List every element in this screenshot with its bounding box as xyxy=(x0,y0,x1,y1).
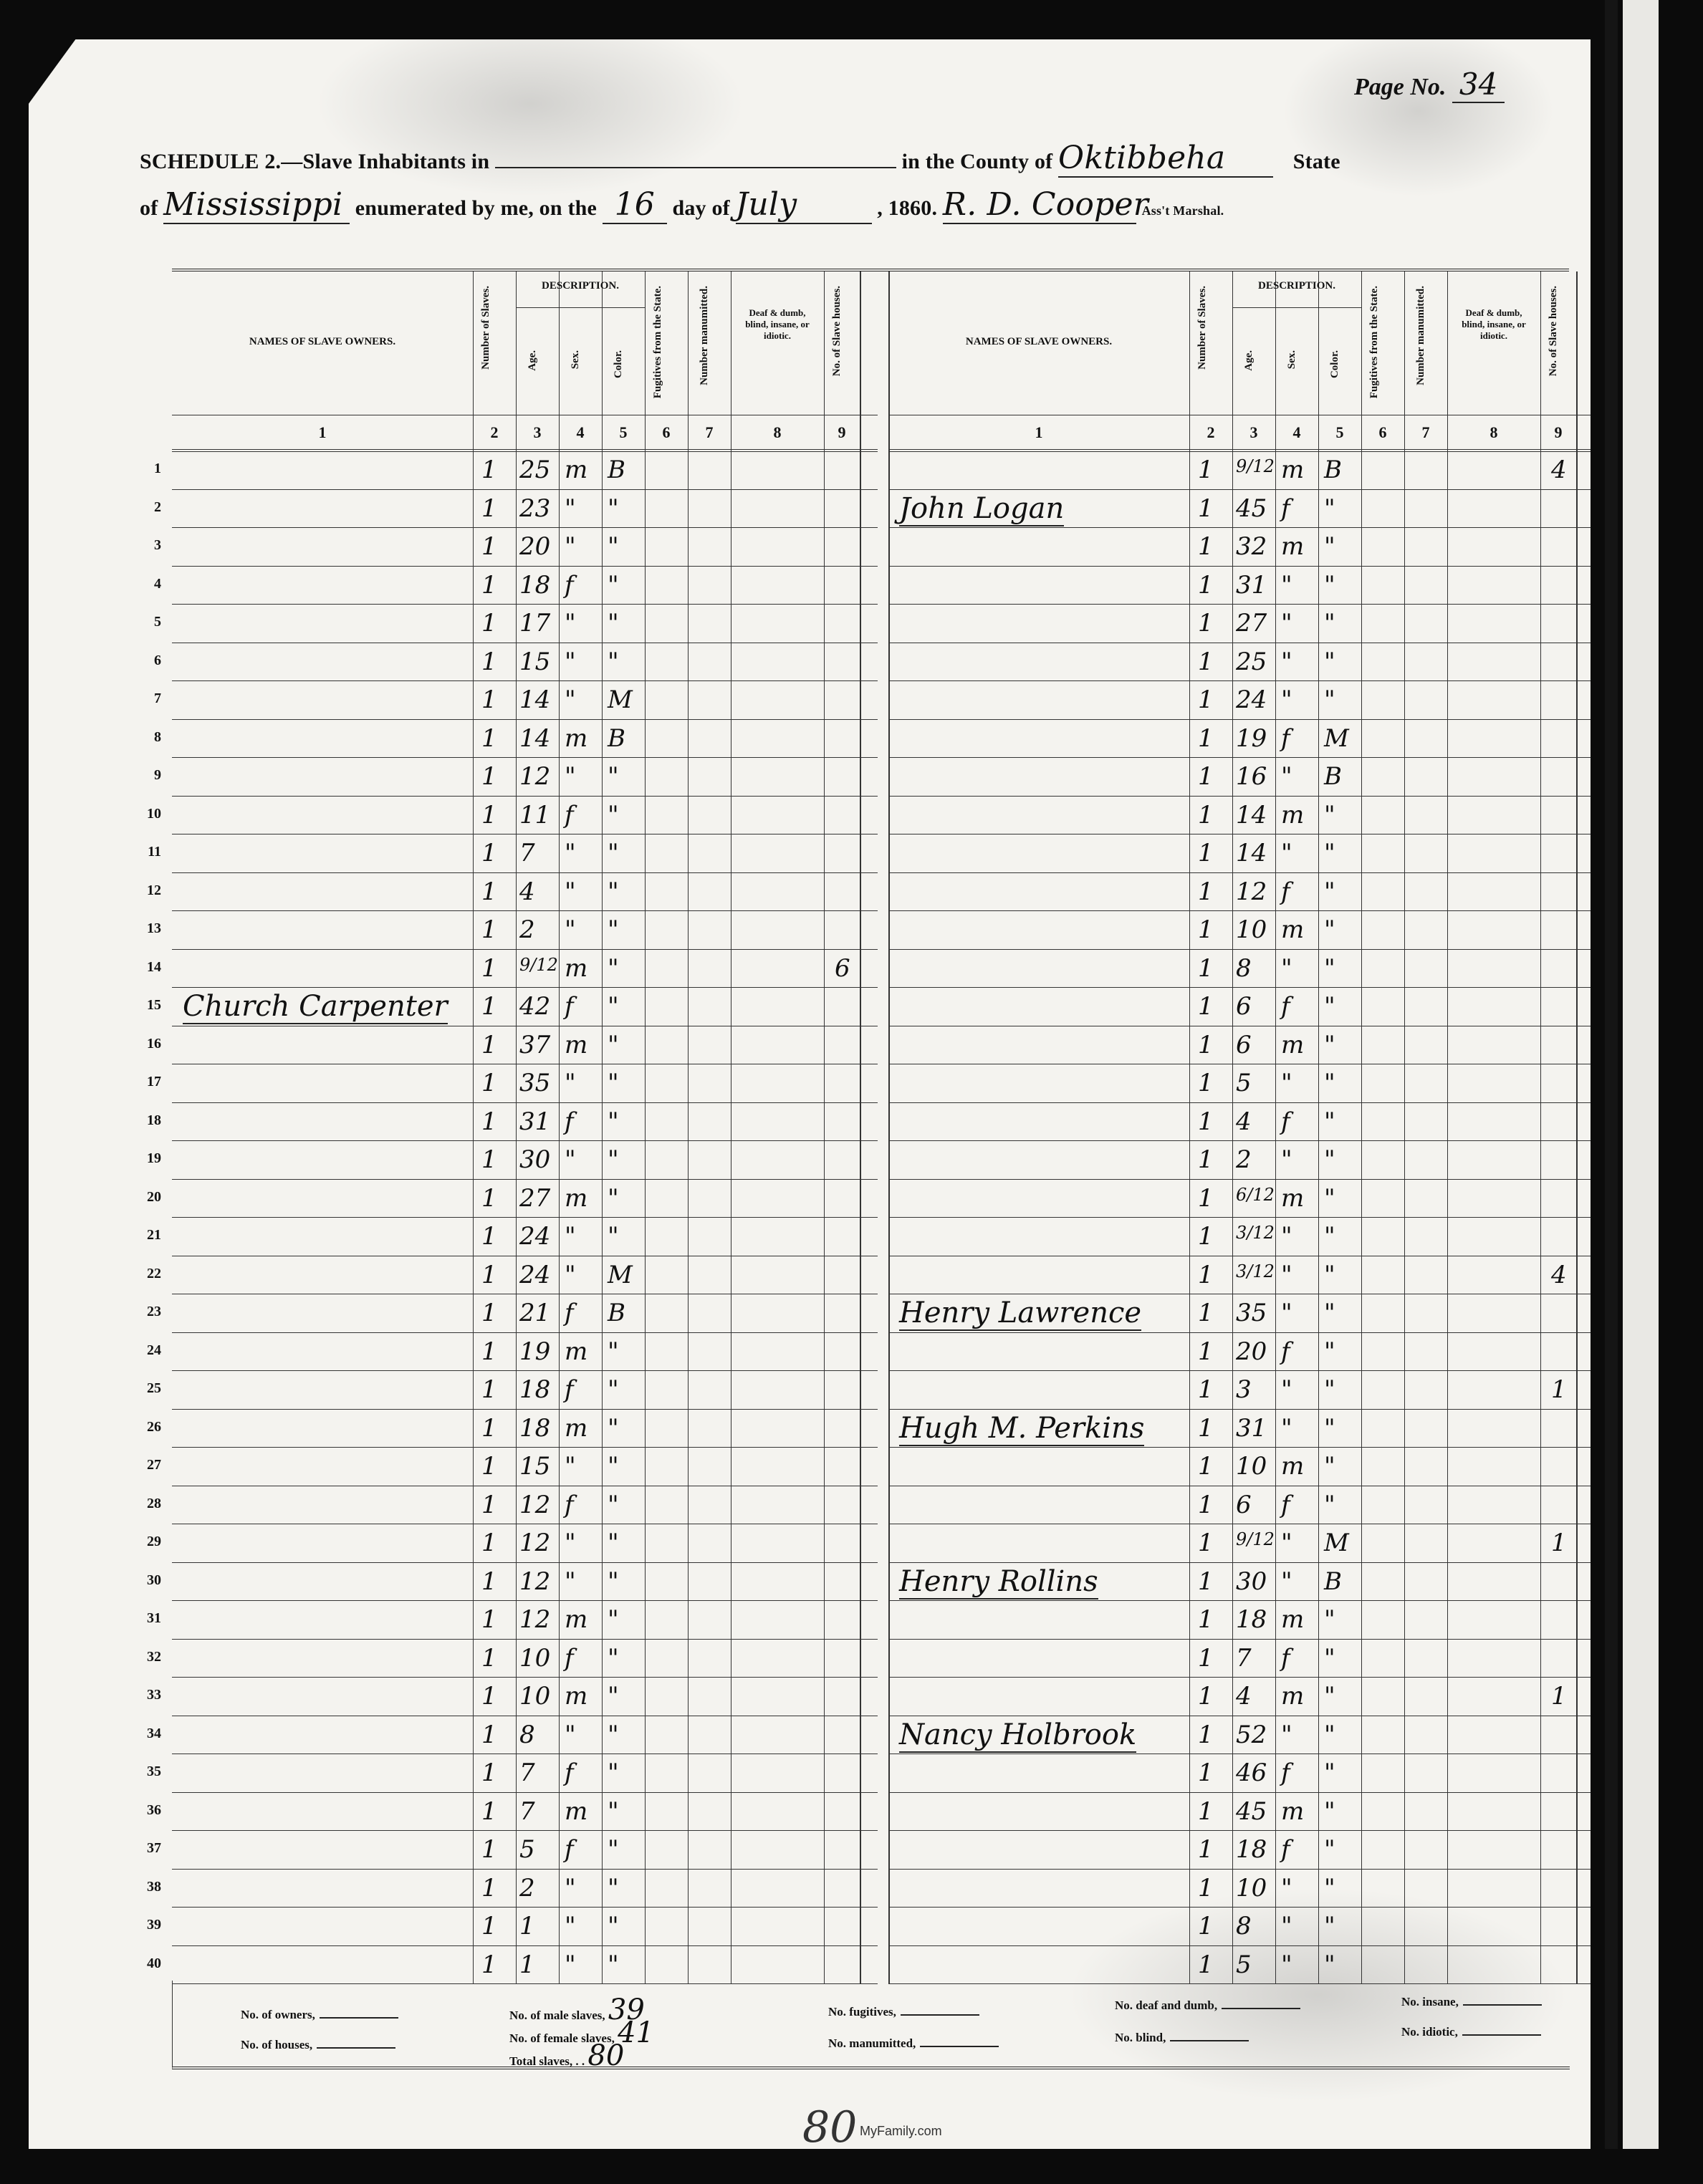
owner-name: Henry Lawrence xyxy=(899,1297,1141,1331)
color-cell: " xyxy=(1324,1684,1335,1708)
manumitted-label: No. manumitted, xyxy=(828,2036,916,2050)
sex-header: Sex. xyxy=(1286,350,1298,369)
blind-label: No. blind, xyxy=(1115,2031,1166,2044)
color-cell: " xyxy=(608,534,619,559)
row-rule xyxy=(888,1600,1594,1601)
sex-cell: " xyxy=(565,688,576,712)
sex-cell: " xyxy=(1281,841,1292,865)
line-number: 15 xyxy=(133,997,161,1014)
number-cell: 1 xyxy=(481,1339,497,1364)
row-rule xyxy=(172,834,878,834)
color-cell: " xyxy=(1324,841,1335,865)
number-cell: 1 xyxy=(1198,1186,1214,1211)
color-cell: " xyxy=(1324,1837,1335,1862)
row-rule xyxy=(172,1447,878,1448)
houses-summary: No. of houses, xyxy=(241,2038,395,2052)
age-cell: 20 xyxy=(519,534,550,559)
number-cell: 1 xyxy=(1198,1071,1214,1095)
manumitted-field xyxy=(920,2046,999,2047)
color-cell: " xyxy=(608,1071,619,1095)
number-cell: 1 xyxy=(481,1799,497,1824)
row-rule xyxy=(888,566,1594,567)
row-rule xyxy=(172,1600,878,1601)
number-cell: 1 xyxy=(481,534,497,559)
fugitives-header: Fugitives from the State. xyxy=(652,286,664,398)
color-cell: M xyxy=(1324,1531,1349,1555)
manumitted-header: Number manumitted. xyxy=(1415,286,1427,385)
age-cell: 25 xyxy=(1236,650,1267,674)
color-cell: " xyxy=(608,1914,619,1938)
age-cell: 27 xyxy=(1236,611,1267,635)
line-number: 37 xyxy=(133,1840,161,1857)
number-cell: 1 xyxy=(1198,573,1214,597)
color-cell: B xyxy=(1324,458,1342,482)
age-cell: 3/12 xyxy=(1236,1224,1275,1241)
column-rule xyxy=(602,271,603,1983)
houses-field xyxy=(317,2047,395,2049)
sex-cell: " xyxy=(565,1914,576,1938)
column-rule xyxy=(731,271,731,1983)
fugitives-header: Fugitives from the State. xyxy=(1368,286,1381,398)
sex-cell: " xyxy=(1281,611,1292,635)
number-cell: 1 xyxy=(1198,1914,1214,1938)
color-cell: " xyxy=(608,1493,619,1517)
number-cell: 1 xyxy=(1198,1301,1214,1325)
color-cell: " xyxy=(1324,918,1335,942)
sex-cell: f xyxy=(565,1493,574,1517)
number-cell: 1 xyxy=(481,1837,497,1862)
line-number: 5 xyxy=(133,614,161,630)
column-rule xyxy=(860,271,861,1983)
fugitives-label: No. fugitives, xyxy=(828,2005,896,2019)
of-label: of xyxy=(140,196,158,220)
sex-cell: " xyxy=(565,1569,576,1594)
age-cell: 37 xyxy=(519,1033,550,1057)
line-number: 33 xyxy=(133,1687,161,1703)
color-cell: " xyxy=(1324,1110,1335,1134)
row-rule xyxy=(172,1830,878,1831)
age-cell: 6/12 xyxy=(1236,1186,1275,1203)
line-number: 20 xyxy=(133,1189,161,1206)
column-number: 8 xyxy=(767,423,788,442)
row-rule xyxy=(888,1754,1594,1754)
age-cell: 6 xyxy=(1236,1493,1252,1517)
column-number: 6 xyxy=(1372,423,1393,442)
sex-cell: " xyxy=(565,650,576,674)
number-cell: 1 xyxy=(1198,1377,1214,1402)
age-cell: 1 xyxy=(519,1914,535,1938)
sex-cell: m xyxy=(1281,1033,1304,1057)
color-cell: " xyxy=(1324,1914,1335,1938)
sex-cell: m xyxy=(1281,534,1304,559)
summary-footer: No. of owners, No. of houses, No. of mal… xyxy=(172,1981,1570,2069)
age-cell: 7 xyxy=(519,1761,535,1785)
color-cell: " xyxy=(608,1416,619,1440)
row-rule xyxy=(172,604,878,605)
age-cell: 12 xyxy=(519,1493,550,1517)
number-cell: 1 xyxy=(481,764,497,789)
age-cell: 14 xyxy=(1236,803,1267,827)
sex-cell: " xyxy=(565,1953,576,1977)
sex-cell: f xyxy=(1281,1837,1290,1862)
age-cell: 31 xyxy=(519,1110,550,1134)
sex-cell: " xyxy=(1281,956,1292,981)
color-cell: " xyxy=(1324,1301,1335,1325)
color-cell: " xyxy=(1324,1799,1335,1824)
column-number: 4 xyxy=(570,423,591,442)
age-cell: 7 xyxy=(519,841,535,865)
sex-cell: " xyxy=(1281,1953,1292,1977)
sex-cell: f xyxy=(565,1110,574,1134)
houses-label: No. of houses, xyxy=(241,2038,312,2051)
sex-cell: " xyxy=(1281,1224,1292,1249)
age-cell: 30 xyxy=(1236,1569,1267,1594)
sex-cell: f xyxy=(565,1646,574,1670)
blank-field xyxy=(495,167,896,168)
sex-cell: " xyxy=(565,1454,576,1478)
column-number: 1 xyxy=(312,423,333,442)
number-cell: 1 xyxy=(1198,764,1214,789)
sex-cell: f xyxy=(1281,1493,1290,1517)
age-cell: 31 xyxy=(1236,573,1267,597)
deaf-label: No. deaf and dumb, xyxy=(1115,1998,1217,2012)
color-cell: " xyxy=(1324,1876,1335,1900)
state-label: State xyxy=(1293,150,1340,173)
column-rule xyxy=(1189,271,1190,1983)
disabled-header: Deaf & dumb, blind, insane, or idiotic. xyxy=(738,307,817,342)
age-cell: 18 xyxy=(519,1416,550,1440)
row-rule xyxy=(172,1332,878,1333)
number-cell: 1 xyxy=(1198,1876,1214,1900)
age-cell: 12 xyxy=(519,1607,550,1632)
row-rule xyxy=(888,527,1594,528)
age-cell: 19 xyxy=(519,1339,550,1364)
color-cell: " xyxy=(1324,994,1335,1019)
row-rule xyxy=(172,1677,878,1678)
age-cell: 6 xyxy=(1236,1033,1252,1057)
number-cell: 1 xyxy=(481,1761,497,1785)
schedule-table: NAMES OF SLAVE OWNERS.DESCRIPTION.Number… xyxy=(172,269,1569,1983)
number-cell: 1 xyxy=(481,1377,497,1402)
houses-cell: 4 xyxy=(1551,1263,1567,1287)
row-rule xyxy=(888,1409,1594,1410)
total-label: Total slaves, . . xyxy=(509,2054,585,2068)
age-cell: 4 xyxy=(1236,1684,1252,1708)
age-header: Age. xyxy=(527,350,539,371)
state-value: Mississippi xyxy=(163,186,350,224)
color-cell: " xyxy=(608,994,619,1019)
age-cell: 3 xyxy=(1236,1377,1252,1402)
sex-cell: f xyxy=(565,1377,574,1402)
color-cell: M xyxy=(608,688,633,712)
row-rule xyxy=(888,1907,1594,1908)
color-cell: " xyxy=(1324,1224,1335,1249)
county-label: in the County of xyxy=(902,150,1053,173)
color-cell: " xyxy=(608,496,619,521)
age-cell: 20 xyxy=(1236,1339,1267,1364)
row-rule xyxy=(888,987,1594,988)
schedule-header-line-1: SCHEDULE 2.—Slave Inhabitants in in the … xyxy=(140,140,1340,178)
number-cell: 1 xyxy=(1198,1531,1214,1555)
number-cell: 1 xyxy=(481,803,497,827)
number-cell: 1 xyxy=(481,650,497,674)
column-number: 2 xyxy=(484,423,505,442)
line-number: 31 xyxy=(133,1610,161,1627)
line-number: 14 xyxy=(133,959,161,976)
description-header: DESCRIPTION. xyxy=(1232,280,1361,292)
age-cell: 9/12 xyxy=(1236,1531,1275,1548)
blind-field xyxy=(1170,2040,1249,2041)
number-cell: 1 xyxy=(481,1607,497,1632)
sex-cell: " xyxy=(565,880,576,904)
number-cell: 1 xyxy=(481,1071,497,1095)
column-number: 7 xyxy=(1415,423,1436,442)
line-number: 39 xyxy=(133,1917,161,1933)
column-number: 4 xyxy=(1286,423,1308,442)
sex-cell: " xyxy=(1281,1071,1292,1095)
line-number: 16 xyxy=(133,1036,161,1052)
color-cell: M xyxy=(1324,726,1349,751)
number-cell: 1 xyxy=(1198,918,1214,942)
number-cell: 1 xyxy=(481,688,497,712)
color-cell: " xyxy=(608,1224,619,1249)
sex-cell: " xyxy=(565,1263,576,1287)
number-cell: 1 xyxy=(1198,726,1214,751)
row-rule xyxy=(888,643,1594,643)
column-number: 3 xyxy=(527,423,548,442)
age-cell: 42 xyxy=(519,994,550,1019)
total-summary: Total slaves, . . 80 xyxy=(509,2039,624,2072)
sex-cell: m xyxy=(565,1684,587,1708)
color-cell: " xyxy=(608,1684,619,1708)
sex-cell: f xyxy=(565,573,574,597)
age-cell: 15 xyxy=(519,1454,550,1478)
sex-cell: f xyxy=(565,803,574,827)
number-cell: 1 xyxy=(1198,496,1214,521)
number-cell: 1 xyxy=(481,1110,497,1134)
age-cell: 9/12 xyxy=(1236,458,1275,475)
age-cell: 10 xyxy=(519,1684,550,1708)
row-rule xyxy=(888,1370,1594,1371)
number-cell: 1 xyxy=(481,1493,497,1517)
line-number: 2 xyxy=(133,499,161,516)
color-cell: " xyxy=(608,1723,619,1747)
sex-cell: f xyxy=(1281,1110,1290,1134)
age-cell: 7 xyxy=(519,1799,535,1824)
number-cell: 1 xyxy=(1198,1953,1214,1977)
color-cell: " xyxy=(608,1569,619,1594)
column-rule xyxy=(473,271,474,1983)
color-cell: " xyxy=(608,918,619,942)
age-cell: 27 xyxy=(519,1186,550,1211)
row-rule xyxy=(888,719,1594,720)
sex-cell: m xyxy=(1281,803,1304,827)
color-cell: " xyxy=(608,1876,619,1900)
age-cell: 32 xyxy=(1236,534,1267,559)
number-cell: 1 xyxy=(481,1416,497,1440)
owner-name: Hugh M. Perkins xyxy=(899,1412,1144,1446)
number-cell: 1 xyxy=(1198,1607,1214,1632)
enumerated-label: enumerated by me, on the xyxy=(355,196,597,220)
row-rule xyxy=(888,1524,1594,1524)
color-cell: " xyxy=(608,880,619,904)
row-rule xyxy=(172,1217,878,1218)
number-cell: 1 xyxy=(1198,880,1214,904)
column-rule xyxy=(1404,271,1405,1983)
color-cell: " xyxy=(1324,1493,1335,1517)
sex-cell: m xyxy=(1281,918,1304,942)
row-rule xyxy=(172,489,878,490)
sex-cell: " xyxy=(1281,1531,1292,1555)
sex-cell: " xyxy=(1281,1914,1292,1938)
number-header: Number of Slaves. xyxy=(1196,286,1209,370)
county-value: Oktibbeha xyxy=(1058,140,1273,178)
houses-cell: 4 xyxy=(1551,458,1567,482)
number-cell: 1 xyxy=(1198,1761,1214,1785)
number-cell: 1 xyxy=(481,994,497,1019)
column-number: 5 xyxy=(1329,423,1351,442)
age-cell: 2 xyxy=(519,1876,535,1900)
color-cell: B xyxy=(608,1301,625,1325)
age-cell: 46 xyxy=(1236,1761,1267,1785)
age-cell: 8 xyxy=(1236,956,1252,981)
age-cell: 18 xyxy=(1236,1837,1267,1862)
color-cell: " xyxy=(1324,496,1335,521)
sex-header: Sex. xyxy=(570,350,582,369)
header-rule xyxy=(888,415,1594,415)
row-rule xyxy=(888,1256,1594,1256)
month-value: July xyxy=(736,186,872,224)
sex-cell: m xyxy=(565,726,587,751)
row-rule xyxy=(172,910,878,911)
age-cell: 19 xyxy=(1236,726,1267,751)
color-cell: " xyxy=(1324,1646,1335,1670)
sex-cell: m xyxy=(565,458,587,482)
age-cell: 10 xyxy=(1236,1876,1267,1900)
number-cell: 1 xyxy=(1198,956,1214,981)
column-rule xyxy=(688,271,689,1983)
row-rule xyxy=(888,680,1594,681)
number-cell: 1 xyxy=(481,1914,497,1938)
sex-cell: f xyxy=(1281,726,1290,751)
number-header: Number of Slaves. xyxy=(480,286,492,370)
line-number: 21 xyxy=(133,1227,161,1243)
number-cell: 1 xyxy=(1198,1837,1214,1862)
age-cell: 6 xyxy=(1236,994,1252,1019)
color-cell: " xyxy=(1324,1723,1335,1747)
sex-cell: f xyxy=(1281,994,1290,1019)
header-rule xyxy=(172,449,878,452)
color-cell: " xyxy=(1324,573,1335,597)
color-cell: " xyxy=(608,1531,619,1555)
sex-cell: m xyxy=(1281,1799,1304,1824)
color-cell: " xyxy=(608,764,619,789)
row-rule xyxy=(888,489,1594,490)
houses-cell: 6 xyxy=(835,956,850,981)
line-number: 18 xyxy=(133,1112,161,1129)
age-cell: 45 xyxy=(1236,1799,1267,1824)
number-cell: 1 xyxy=(1198,1416,1214,1440)
row-rule xyxy=(888,1294,1594,1294)
column-rule xyxy=(824,271,825,1983)
number-cell: 1 xyxy=(481,841,497,865)
number-cell: 1 xyxy=(481,726,497,751)
row-rule xyxy=(172,1140,878,1141)
row-rule xyxy=(888,1179,1594,1180)
number-cell: 1 xyxy=(1198,1148,1214,1172)
row-rule xyxy=(172,1486,878,1486)
column-rule xyxy=(559,271,560,1983)
row-rule xyxy=(172,1256,878,1256)
census-page: Page No. 34 SCHEDULE 2.—Slave Inhabitant… xyxy=(29,39,1591,2181)
row-rule xyxy=(888,757,1594,758)
sex-cell: " xyxy=(1281,573,1292,597)
sex-cell: " xyxy=(1281,1301,1292,1325)
idiotic-label: No. idiotic, xyxy=(1401,2025,1458,2039)
number-cell: 1 xyxy=(1198,611,1214,635)
number-cell: 1 xyxy=(1198,1684,1214,1708)
row-rule xyxy=(888,1792,1594,1793)
number-cell: 1 xyxy=(1198,534,1214,559)
row-rule xyxy=(172,757,878,758)
sex-cell: m xyxy=(565,1186,587,1211)
row-rule xyxy=(888,834,1594,834)
line-number: 28 xyxy=(133,1496,161,1512)
color-cell: " xyxy=(1324,1454,1335,1478)
row-rule xyxy=(888,910,1594,911)
idiotic-summary: No. idiotic, xyxy=(1401,2025,1541,2039)
column-number: 1 xyxy=(1028,423,1050,442)
sex-cell: f xyxy=(1281,1646,1290,1670)
color-cell: " xyxy=(1324,1416,1335,1440)
color-cell: " xyxy=(608,803,619,827)
age-cell: 10 xyxy=(1236,918,1267,942)
row-rule xyxy=(172,1064,878,1064)
row-rule xyxy=(888,1102,1594,1103)
color-cell: " xyxy=(608,1186,619,1211)
number-cell: 1 xyxy=(481,956,497,981)
sex-cell: f xyxy=(1281,1761,1290,1785)
sex-cell: " xyxy=(565,1224,576,1249)
disabled-header: Deaf & dumb, blind, insane, or idiotic. xyxy=(1454,307,1533,342)
row-rule xyxy=(172,643,878,643)
line-number: 7 xyxy=(133,691,161,707)
description-rule xyxy=(1232,307,1361,308)
line-number: 4 xyxy=(133,576,161,592)
age-cell: 45 xyxy=(1236,496,1267,521)
sex-cell: " xyxy=(565,611,576,635)
age-cell: 35 xyxy=(1236,1301,1267,1325)
number-cell: 1 xyxy=(1198,1454,1214,1478)
color-cell: " xyxy=(1324,1071,1335,1095)
row-rule xyxy=(888,1217,1594,1218)
owner-name: Henry Rollins xyxy=(899,1565,1098,1599)
age-cell: 24 xyxy=(519,1224,550,1249)
row-rule xyxy=(172,1716,878,1716)
line-number: 26 xyxy=(133,1419,161,1435)
number-cell: 1 xyxy=(1198,1110,1214,1134)
year-label: , 1860. xyxy=(877,196,937,220)
row-rule xyxy=(172,1179,878,1180)
age-cell: 9/12 xyxy=(519,956,558,973)
sex-cell: m xyxy=(565,1339,587,1364)
fugitives-field xyxy=(901,2014,979,2016)
color-cell: " xyxy=(608,1799,619,1824)
age-cell: 14 xyxy=(519,688,550,712)
header-rule xyxy=(888,449,1594,452)
age-cell: 24 xyxy=(519,1263,550,1287)
page-number: Page No. 34 xyxy=(1354,67,1505,102)
